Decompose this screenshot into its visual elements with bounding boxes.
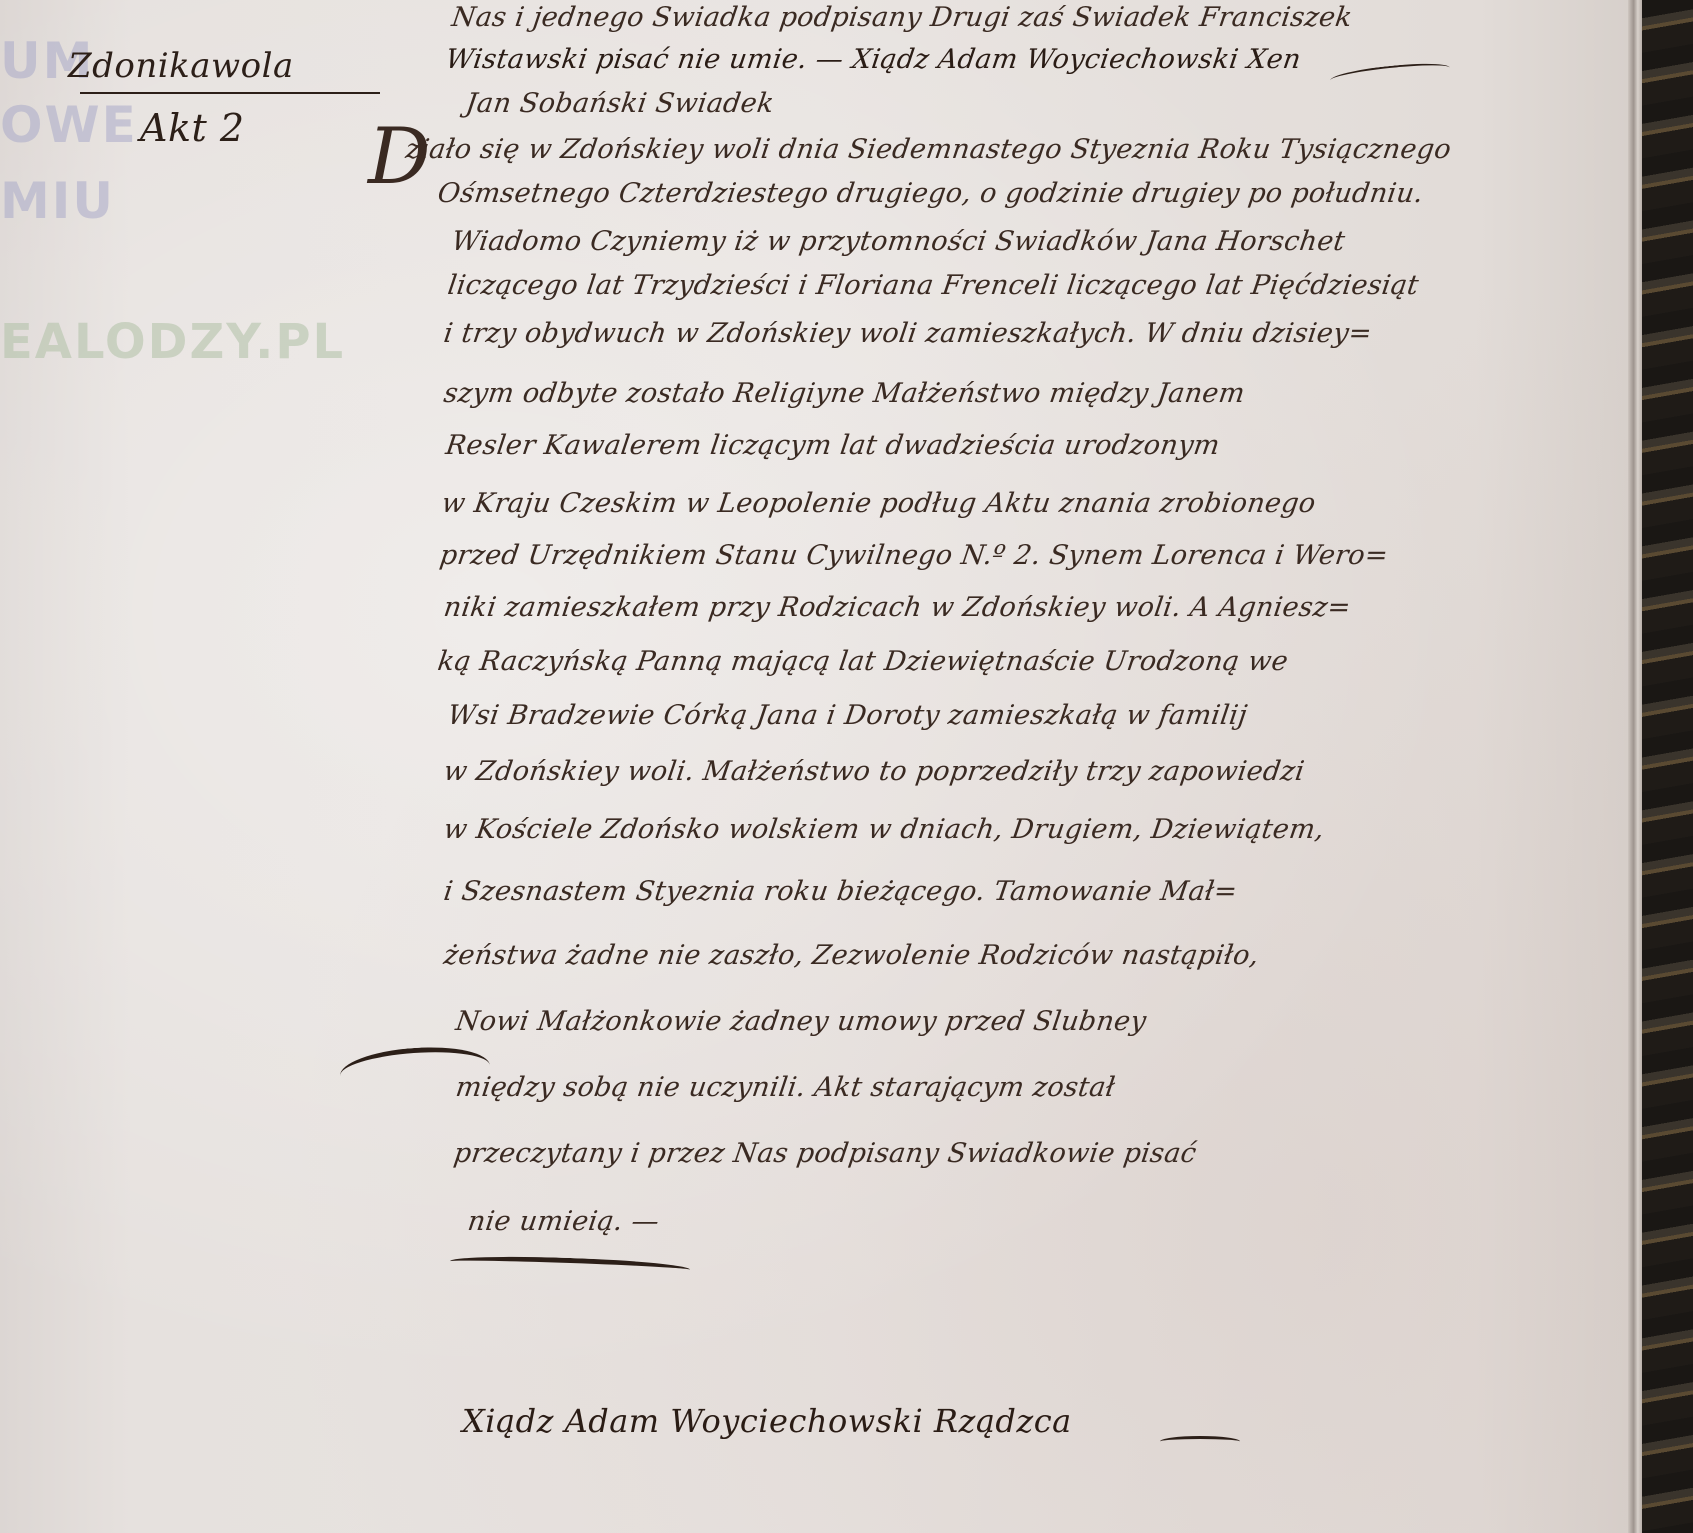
act-line-2: Ośmsetnego Czterdziestego drugiego, o go…: [436, 178, 1425, 209]
act-line-18: między sobą nie uczynili. Akt starającym…: [454, 1072, 1117, 1103]
act-line-14: w Kościele Zdońsko wolskiem w dniach, Dr…: [442, 814, 1326, 845]
watermark-line-3: MIU: [0, 176, 115, 226]
act-line-8: w Kraju Czeskim w Leopolenie podług Aktu…: [440, 488, 1318, 519]
act-line-15: i Szesnastem Styeznia roku bieżącego. Ta…: [442, 876, 1239, 907]
act-line-13: w Zdońskiey woli. Małżeństwo to poprzedz…: [442, 756, 1307, 787]
priest-signature: Xiądz Adam Woyciechowski Rządzca: [462, 1402, 1072, 1440]
page-gutter: [1628, 0, 1642, 1533]
act-line-11: ką Raczyńską Panną mającą lat Dziewiętna…: [436, 646, 1290, 677]
flourish-icon: [450, 1254, 690, 1277]
prev-line-1: Nas i jednego Swiadka podpisany Drugi za…: [450, 2, 1354, 33]
document-page: UM OWE MIU EALODZY.PL Zdonikawola Akt 2 …: [0, 0, 1640, 1533]
watermark-line-4: EALODZY.PL: [0, 318, 345, 366]
margin-place-name: Zdonikawola: [68, 46, 294, 86]
prev-line-2: Wistawski pisać nie umie. — Xiądz Adam W…: [444, 44, 1303, 75]
prev-line-3: Jan Sobański Swiadek: [464, 88, 776, 119]
act-line-9: przed Urzędnikiem Stanu Cywilnego N.º 2.…: [438, 540, 1390, 571]
act-line-7: Resler Kawalerem liczącym lat dwadzieści…: [444, 430, 1222, 461]
act-line-5: i trzy obydwuch w Zdońskiey woli zamiesz…: [442, 318, 1374, 349]
act-line-4: liczącego lat Trzydzieści i Floriana Fre…: [446, 270, 1421, 301]
margin-act-number: Akt 2: [140, 106, 245, 150]
act-line-17: Nowi Małżonkowie żadney umowy przed Slub…: [454, 1006, 1148, 1037]
act-line-1: ziało się w Zdońskiey woli dnia Siedemna…: [404, 134, 1453, 165]
act-line-20: nie umieią. —: [466, 1206, 661, 1237]
act-line-12: Wsi Bradzewie Córką Jana i Doroty zamies…: [446, 700, 1249, 731]
act-line-16: żeństwa żadne nie zaszło, Zezwolenie Rod…: [442, 940, 1261, 971]
flourish-icon: [1329, 60, 1450, 88]
flourish-icon: [1160, 1436, 1240, 1447]
book-binding: [1642, 0, 1693, 1533]
watermark-line-2: OWE: [0, 100, 138, 150]
act-line-19: przeczytany i przez Nas podpisany Swiadk…: [452, 1138, 1199, 1169]
act-line-6: szym odbyte zostało Religiyne Małżeństwo…: [442, 378, 1247, 409]
act-line-10: niki zamieszkałem przy Rodzicach w Zdońs…: [442, 592, 1353, 623]
act-line-3: Wiadomo Czyniemy iż w przytomności Swiad…: [450, 226, 1347, 257]
margin-underline: [80, 92, 380, 94]
